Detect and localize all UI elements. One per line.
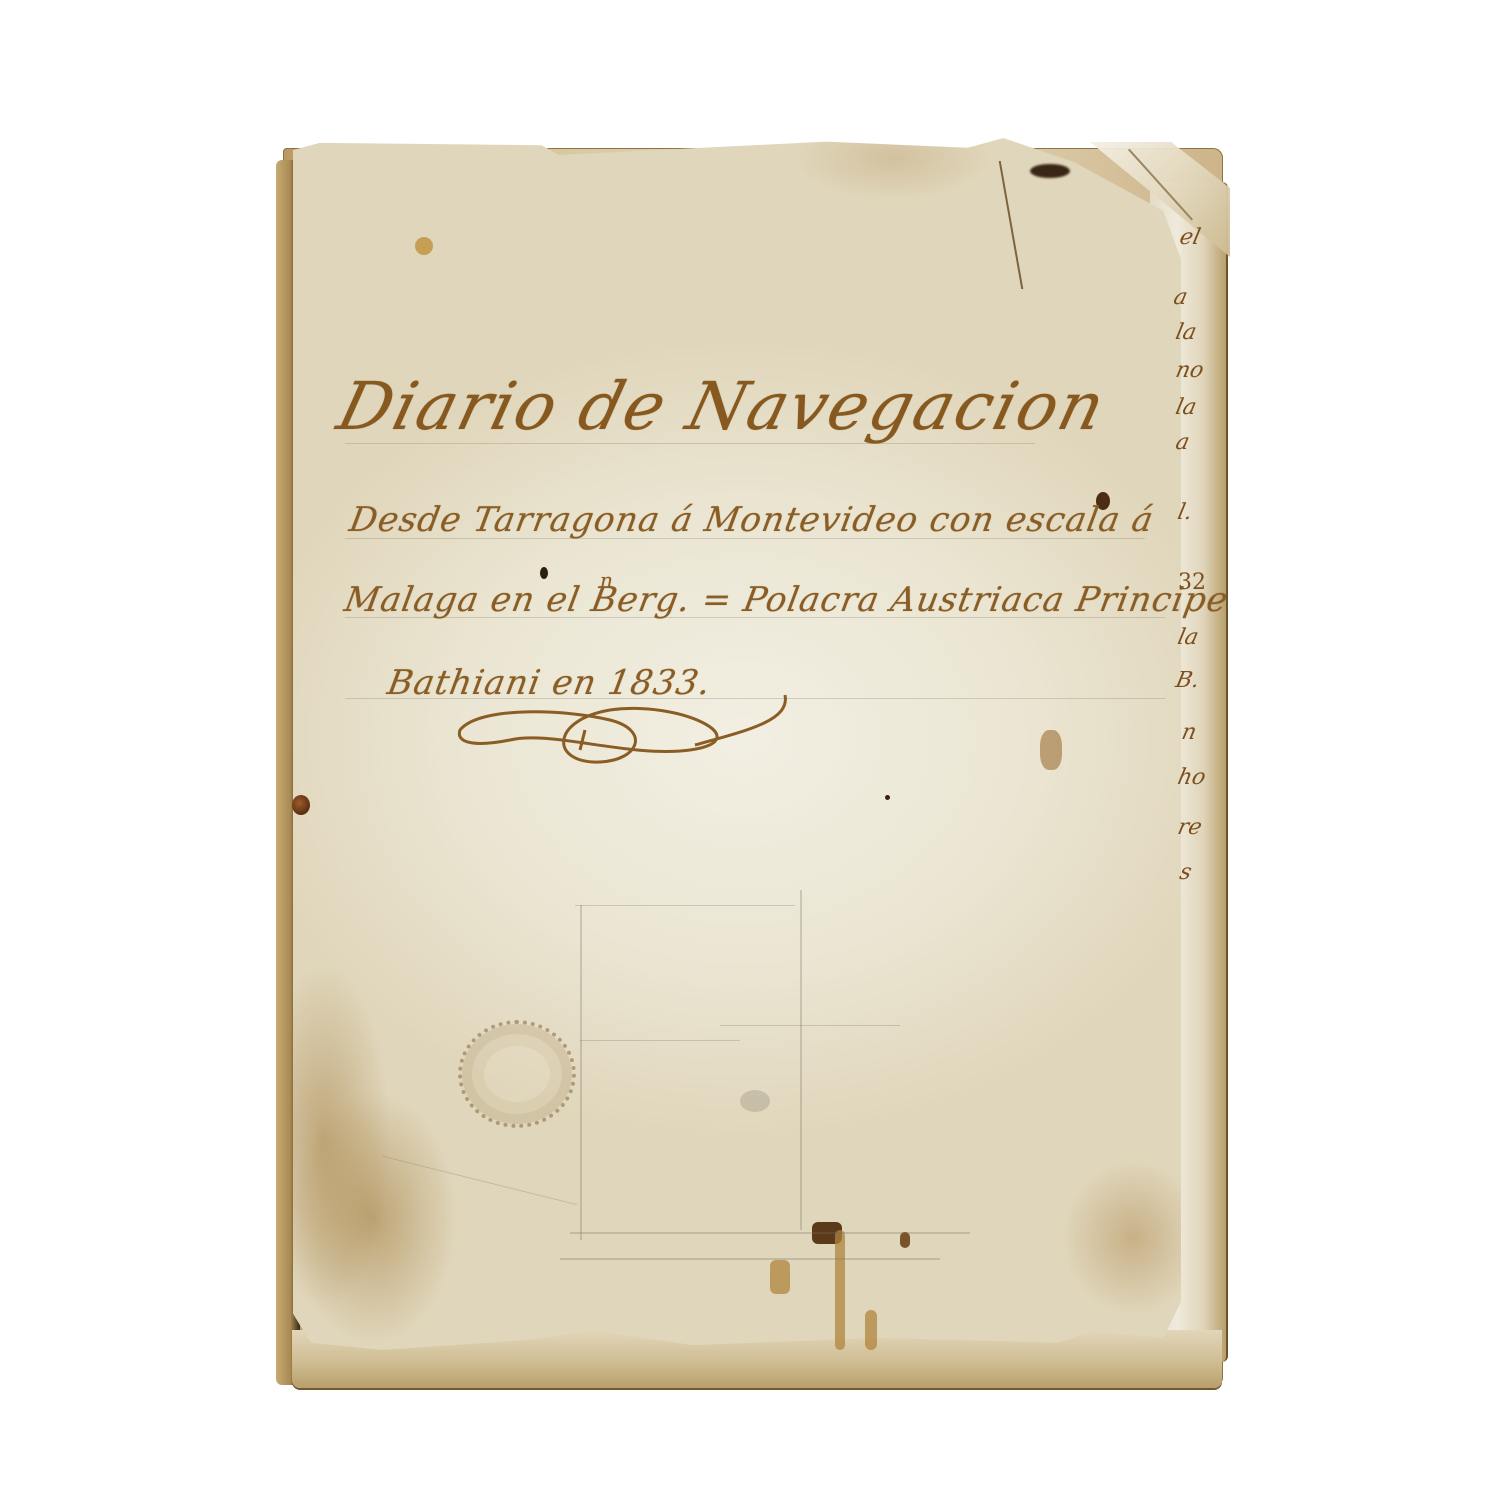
pencil-yard [720,1025,900,1026]
ink-blot [540,567,548,579]
margin-fragment: n [1179,720,1198,745]
margin-fragment: 32 [1178,570,1206,595]
margin-fragment: ho [1175,765,1208,790]
margin-fragment: a [1173,430,1191,455]
margin-text-column: el a la no la a l. 32 la B. n ho re s [1172,250,1222,950]
calligraphic-flourish [450,690,800,770]
speck [885,795,890,800]
subtitle-line-2: Malaga en el Berg. = Polacra Austriaca P… [341,580,1231,620]
drip-stain [835,1230,845,1350]
stamp-impression [458,1020,576,1128]
margin-fragment: la [1173,395,1198,420]
pencil-hull [570,1232,970,1234]
burn-mark [1030,164,1070,178]
margin-fragment: a [1171,285,1189,310]
drip-stain [865,1310,877,1350]
superscript-n: n [600,568,613,592]
pencil-yard [575,905,795,906]
margin-fragment: s [1177,860,1194,885]
margin-fragment: no [1173,358,1206,383]
subtitle-line-2-start: Malaga en el Berg. [341,580,694,620]
smudge [740,1090,770,1112]
margin-fragment: re [1175,815,1204,840]
subtitle-line-1: Desde Tarragona á Montevideo con escala … [346,500,1156,540]
margin-fragment: B. [1173,668,1201,693]
stain [1040,730,1062,770]
pencil-hull [560,1258,940,1260]
foxing-spot [415,237,433,255]
document-title: Diario de Navegacion [330,368,1114,445]
pencil-mast [580,905,582,1240]
subtitle-line-2-rest: = Polacra Austriaca Principe [699,580,1232,620]
drip-stain [770,1260,790,1294]
margin-fragment: l. [1175,500,1194,525]
margin-fragment: la [1173,320,1198,345]
pencil-yard [580,1040,740,1041]
margin-fragment: la [1175,625,1200,650]
pencil-mast [800,890,802,1230]
drip-stain [900,1232,910,1248]
photo-stage: Diario de Navegacion Desde Tarragona á M… [0,0,1512,1512]
binding-tack [292,795,310,815]
